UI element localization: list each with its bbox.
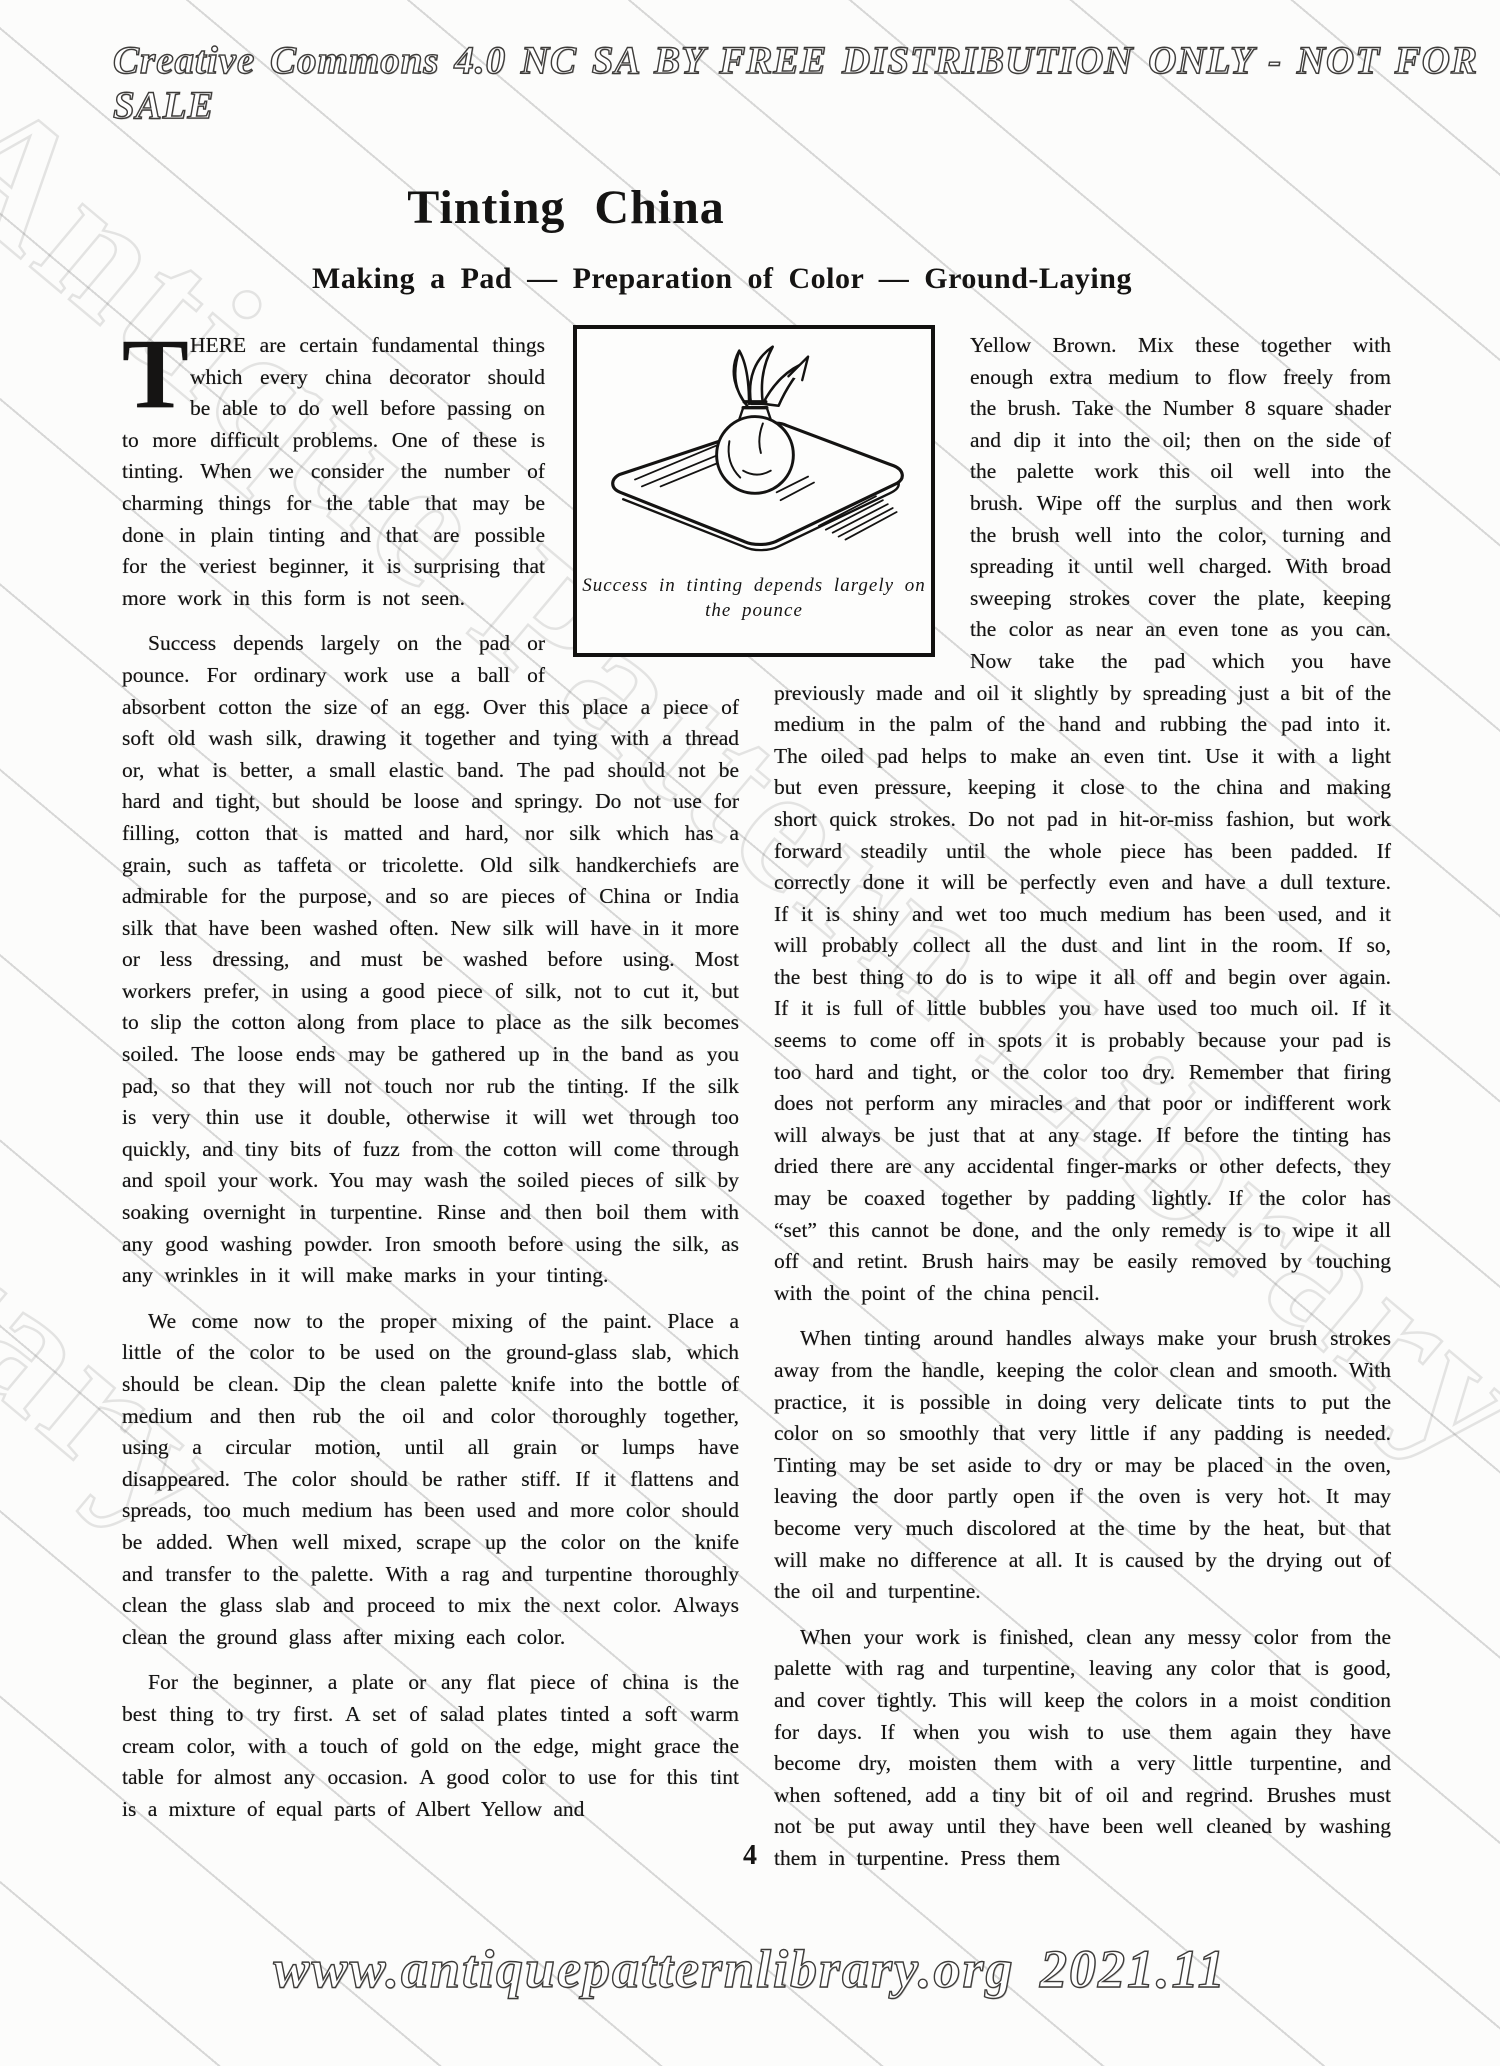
paragraph: Success depends largely on the pad or po… [122, 628, 739, 1291]
page-subtitle: Making a Pad — Preparation of Color — Gr… [0, 262, 1472, 296]
drop-cap: T [122, 334, 184, 414]
page-title: Tinting China [0, 180, 1316, 235]
paragraph: We come now to the proper mixing of the … [122, 1306, 739, 1654]
figure-caption-line: the pounce [577, 598, 931, 623]
license-header: Creative Commons 4.0 NC SA BY FREE DISTR… [113, 38, 1500, 128]
paragraph: When tinting around handles always make … [774, 1323, 1391, 1607]
figure-caption: Success in tinting depends largely on th… [577, 573, 931, 623]
page-number: 4 [0, 1840, 1500, 1872]
paragraph: When your work is finished, clean any me… [774, 1622, 1391, 1875]
figure-box: Success in tinting depends largely on th… [573, 325, 935, 657]
scanned-book-page: Antique Pattern Library Antique Pattern … [0, 0, 1500, 2066]
pounce-illustration [579, 331, 929, 573]
figure-caption-line: Success in tinting depends largely on [577, 573, 931, 598]
paragraph: For the beginner, a plate or any flat pi… [122, 1667, 739, 1825]
footer-credit: www.antiquepatternlibrary.org 2021.11 [0, 1938, 1500, 2000]
